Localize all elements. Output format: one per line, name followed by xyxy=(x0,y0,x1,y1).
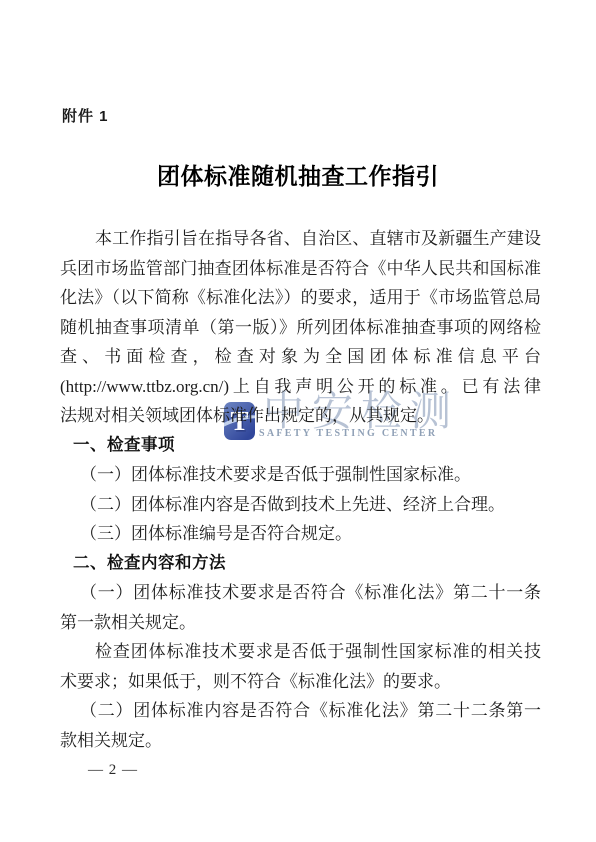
document-line: （一）团体标准技术要求是否符合《标准化法》第二十一条 xyxy=(60,578,541,608)
document-line: （二）团体标准内容是否符合《标准化法》第二十二条第一 xyxy=(60,696,541,726)
document-page: T 中安检测 SAFETY TESTING CENTER 附件 1 团体标准随机… xyxy=(0,0,596,842)
page-title: 团体标准随机抽查工作指引 xyxy=(0,158,596,191)
document-line: 第一款相关规定。 xyxy=(60,608,541,638)
document-line: 化法》（以下简称《标准化法》）的要求，适用于《市场监管总局 xyxy=(60,283,541,313)
document-line: 兵团市场监管部门抽查团体标准是否符合《中华人民共和国标准 xyxy=(60,254,541,284)
document-line: 法规对相关领域团体标准作出规定的，从其规定。 xyxy=(60,401,541,431)
document-line: （一）团体标准技术要求是否低于强制性国家标准。 xyxy=(60,460,541,490)
document-line: （二）团体标准内容是否做到技术上先进、经济上合理。 xyxy=(60,490,541,520)
document-line: 款相关规定。 xyxy=(60,726,541,756)
document-body: 本工作指引旨在指导各省、自治区、直辖市及新疆生产建设兵团市场监管部门抽查团体标准… xyxy=(60,224,541,755)
document-line: 本工作指引旨在指导各省、自治区、直辖市及新疆生产建设 xyxy=(60,224,541,254)
document-line: 查、书面检查，检查对象为全国团体标准信息平台 xyxy=(60,342,541,372)
document-line: 术要求；如果低于，则不符合《标准化法》的要求。 xyxy=(60,667,541,697)
document-line: 随机抽查事项清单（第一版）》所列团体标准抽查事项的网络检 xyxy=(60,313,541,343)
attachment-label: 附件 1 xyxy=(62,105,109,126)
document-line: (http://www.ttbz.org.cn/)上自我声明公开的标准。已有法律 xyxy=(60,372,541,402)
document-line: （三）团体标准编号是否符合规定。 xyxy=(60,519,541,549)
page-number: — 2 — xyxy=(88,762,138,779)
section-heading: 二、检查内容和方法 xyxy=(60,549,541,579)
section-heading: 一、检查事项 xyxy=(60,431,541,461)
document-line: 检查团体标准技术要求是否低于强制性国家标准的相关技 xyxy=(60,637,541,667)
